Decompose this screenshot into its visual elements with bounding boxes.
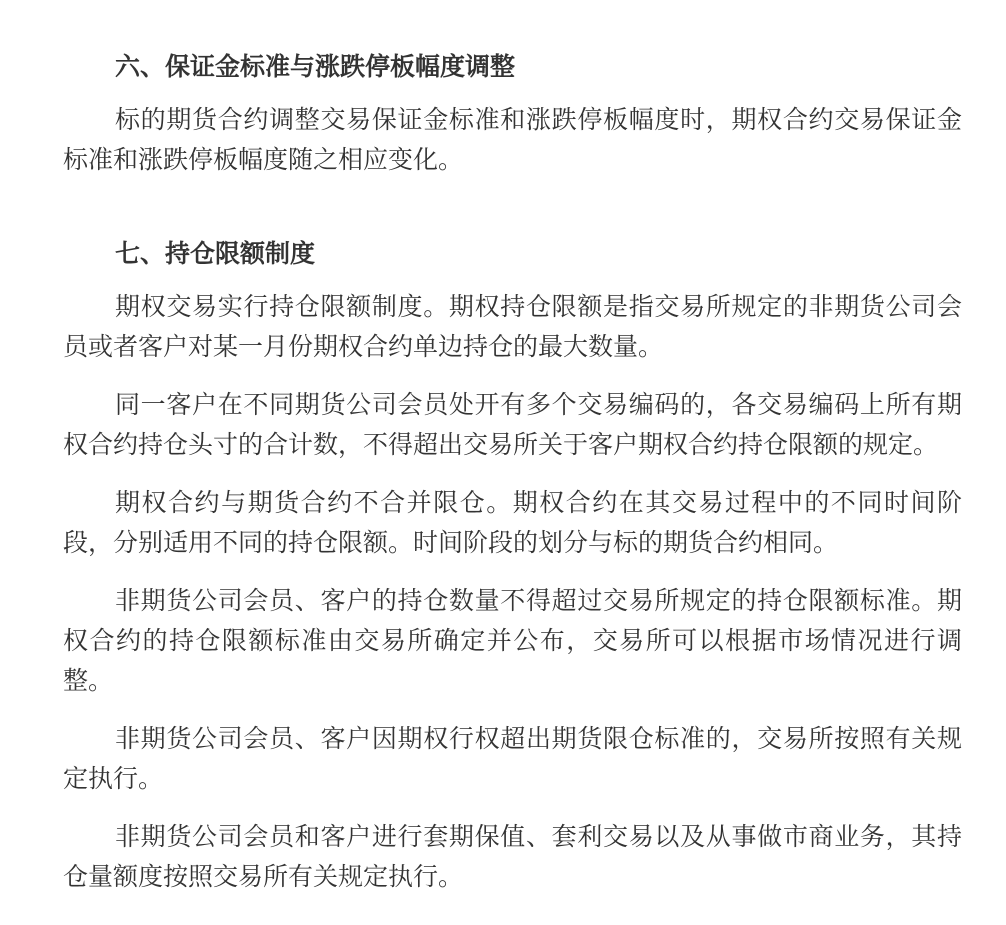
section-heading: 七、持仓限额制度 (63, 234, 962, 274)
paragraph: 非期货公司会员、客户因期权行权超出期货限仓标准的，交易所按照有关规定执行。 (63, 719, 962, 799)
paragraph: 期权合约与期货合约不合并限仓。期权合约在其交易过程中的不同时间阶段，分别适用不同… (63, 483, 962, 563)
paragraph: 期权交易实行持仓限额制度。期权持仓限额是指交易所规定的非期货公司会员或者客户对某… (63, 287, 962, 367)
document-page: 六、保证金标准与涨跌停板幅度调整 标的期货合约调整交易保证金标准和涨跌停板幅度时… (0, 0, 1006, 925)
section-margin-and-price-limit-adjustment: 六、保证金标准与涨跌停板幅度调整 标的期货合约调整交易保证金标准和涨跌停板幅度时… (63, 47, 962, 180)
paragraph: 同一客户在不同期货公司会员处开有多个交易编码的，各交易编码上所有期权合约持仓头寸… (63, 385, 962, 465)
section-position-limit-system: 七、持仓限额制度 期权交易实行持仓限额制度。期权持仓限额是指交易所规定的非期货公… (63, 234, 962, 897)
paragraph: 非期货公司会员、客户的持仓数量不得超过交易所规定的持仓限额标准。期权合约的持仓限… (63, 581, 962, 701)
section-heading: 六、保证金标准与涨跌停板幅度调整 (63, 47, 962, 87)
paragraph: 标的期货合约调整交易保证金标准和涨跌停板幅度时，期权合约交易保证金标准和涨跌停板… (63, 100, 962, 180)
paragraph: 非期货公司会员和客户进行套期保值、套利交易以及从事做市商业务，其持仓量额度按照交… (63, 817, 962, 897)
